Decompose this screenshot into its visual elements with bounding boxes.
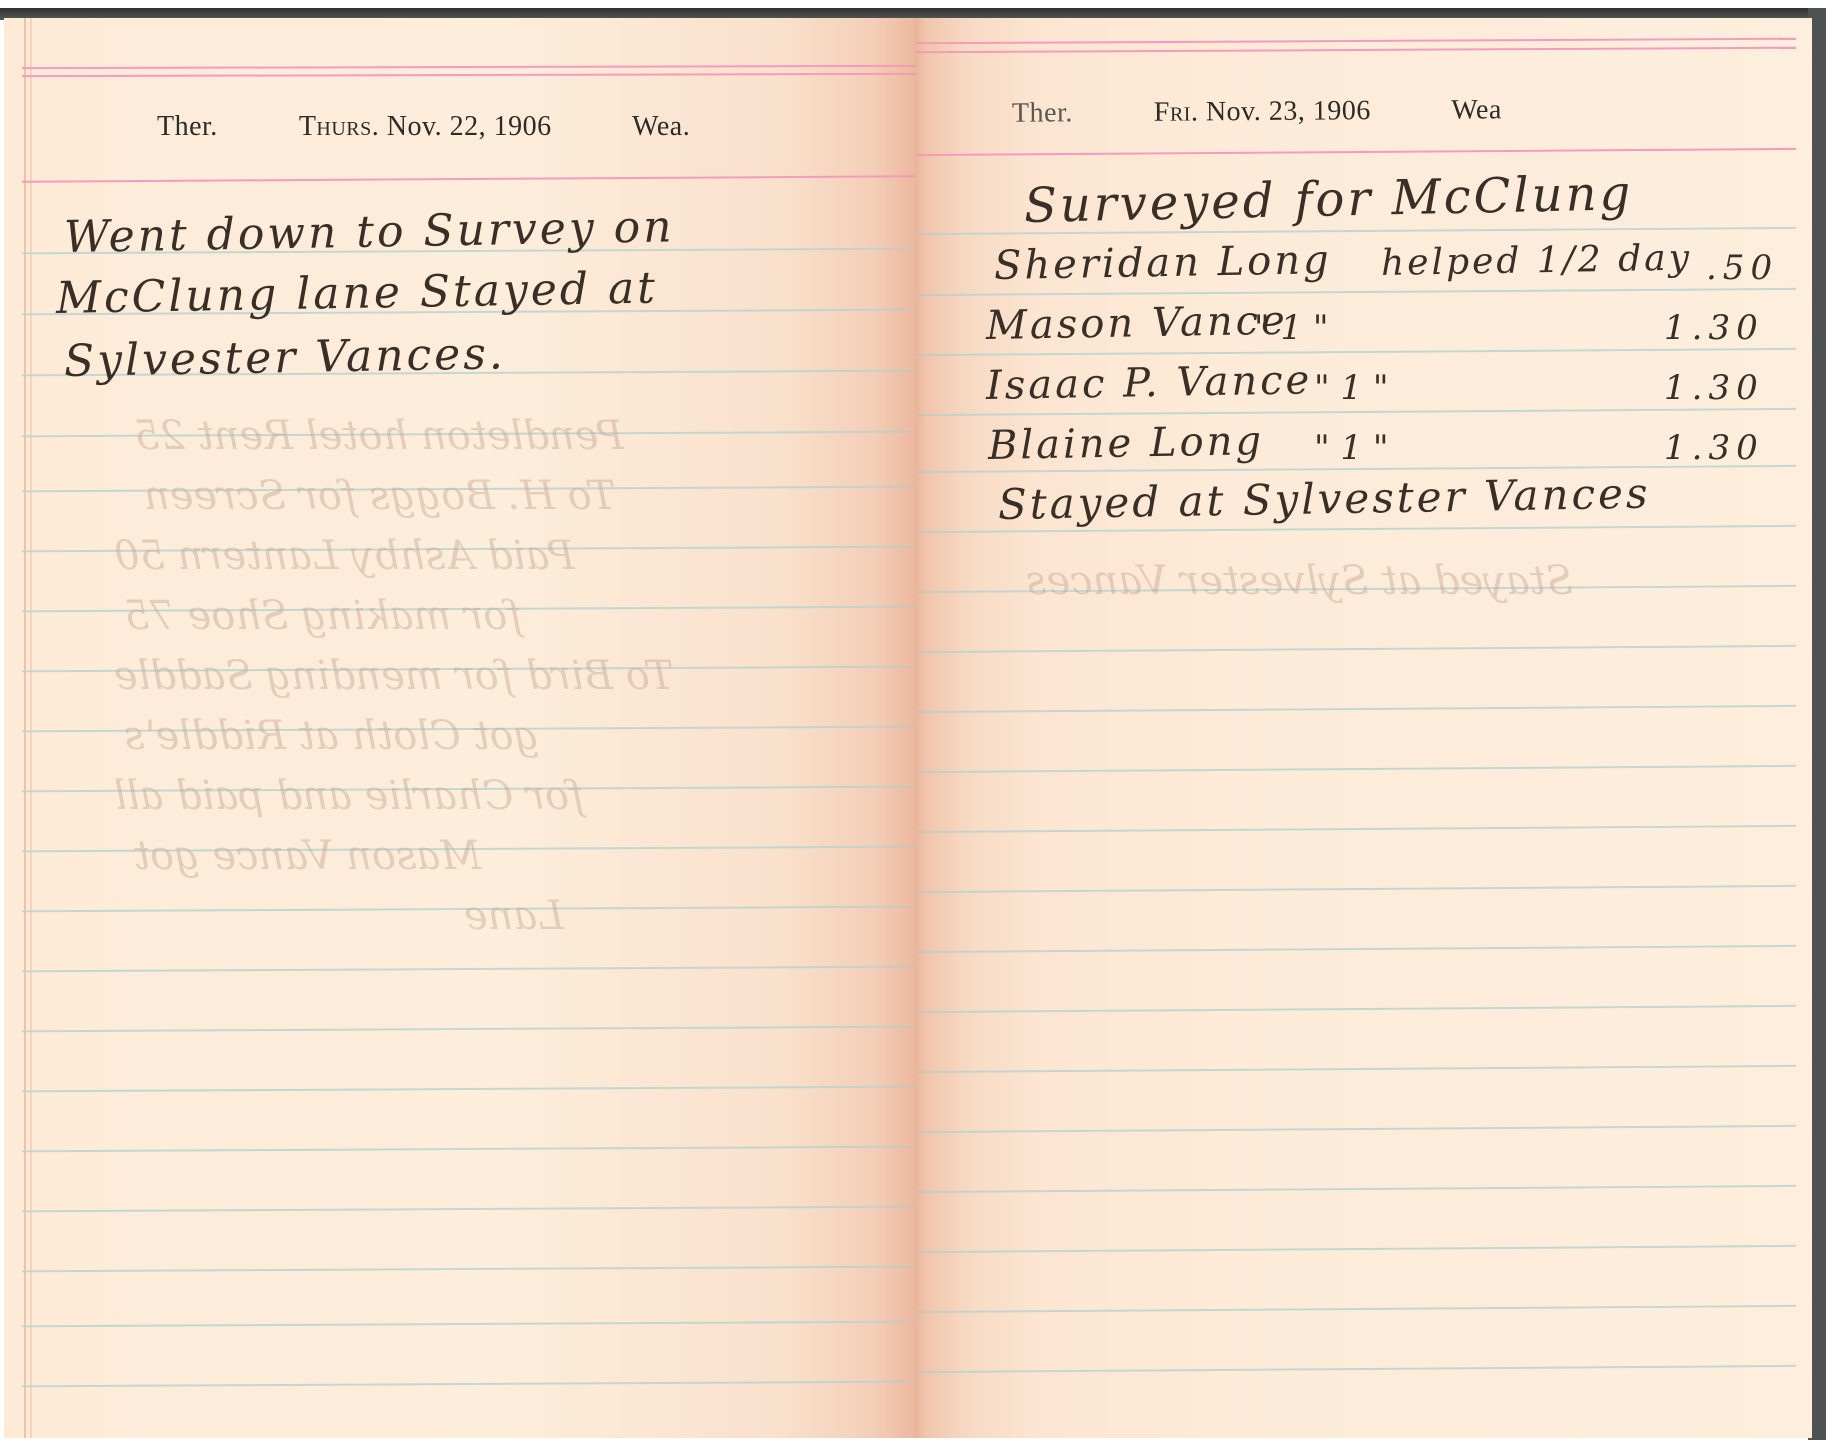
header-rule-top-double <box>22 73 916 77</box>
ruled-line <box>22 1266 916 1273</box>
ledger-name: Isaac P. Vance <box>986 357 1313 409</box>
bleed-through-text: for Charlie and paid all <box>114 773 584 819</box>
ruled-line <box>22 1206 916 1213</box>
ledger-name: Blaine Long <box>988 418 1265 469</box>
ledger-amount: 1.30 <box>1664 368 1764 408</box>
bleed-through-text: Mason Vance got <box>134 833 481 879</box>
ruled-line <box>22 1321 916 1328</box>
ruled-line <box>916 885 1796 893</box>
entry-line-2: McClung lane Stayed at <box>56 262 659 323</box>
wea-label: Wea <box>1451 94 1502 125</box>
ledger-note: " 1 " <box>1254 308 1329 348</box>
date-label: Nov. 22, 1906 <box>387 111 552 142</box>
entry-line-3: Sylvester Vances. <box>64 328 507 387</box>
right-page: Ther. Fri. Nov. 23, 1906 Wea Stayed at S… <box>916 18 1812 1438</box>
bleed-through-text: for making Shoe 75 <box>124 593 522 639</box>
ledger-note: helped 1/2 day <box>1381 238 1693 284</box>
header-rule-top-double <box>916 47 1796 54</box>
header-rule-bottom <box>916 148 1796 156</box>
wea-label: Wea. <box>632 111 690 142</box>
ruled-line <box>22 1026 916 1033</box>
left-page: Ther. Thurs. Nov. 22, 1906 Wea. Pendleto… <box>4 18 916 1438</box>
ledger-note: " 1 " <box>1314 368 1389 408</box>
ruled-line <box>916 1185 1796 1193</box>
bleed-through-text: Pendleton hotel Rent 25 <box>134 413 624 459</box>
diary-spread: Ther. Thurs. Nov. 22, 1906 Wea. Pendleto… <box>4 18 1810 1438</box>
ruled-line <box>916 1125 1796 1133</box>
header-rule-bottom <box>22 175 916 182</box>
ther-label: Ther. <box>157 111 218 142</box>
entry-closing-line: Stayed at Sylvester Vances <box>998 469 1651 529</box>
ruled-line <box>916 1065 1796 1073</box>
ruled-line <box>22 1086 916 1093</box>
bleed-through-text: To H. Boggs for Screen <box>144 473 615 519</box>
book-gutter <box>872 18 962 1438</box>
ruled-line <box>916 1245 1796 1253</box>
bleed-through-text: To Bird for mending Saddle <box>114 653 674 699</box>
ruled-line <box>916 1365 1796 1373</box>
entry-line-1: Went down to Survey on <box>64 201 675 263</box>
ruled-line <box>22 1146 916 1153</box>
ruled-line <box>916 1005 1796 1013</box>
ruled-line <box>916 1305 1796 1313</box>
ruled-line <box>916 408 1796 416</box>
bleed-through-text: got Cloth at Riddle's <box>124 713 539 759</box>
ruled-line <box>916 945 1796 953</box>
ledger-name: Sheridan Long <box>994 237 1332 289</box>
ledger-amount: 1.30 <box>1664 428 1764 468</box>
left-margin-line <box>24 18 26 1438</box>
entry-title-line: Surveyed for McClung <box>1023 165 1633 234</box>
ruled-line <box>22 1381 916 1388</box>
day-label: Thurs. <box>299 111 379 142</box>
right-page-header: Ther. Fri. Nov. 23, 1906 Wea <box>1012 94 1502 129</box>
ruled-line <box>22 966 916 973</box>
ruled-line <box>916 348 1796 356</box>
bleed-through-text: Lane <box>464 893 564 939</box>
ruled-line <box>916 288 1796 296</box>
ledger-amount: 1.30 <box>1664 308 1764 348</box>
ther-label: Ther. <box>1012 97 1073 128</box>
ledger-name: Mason Vance <box>986 298 1289 349</box>
left-page-header: Ther. Thurs. Nov. 22, 1906 Wea. <box>157 111 690 143</box>
ruled-line <box>916 825 1796 833</box>
ledger-note: " 1 " <box>1314 428 1389 468</box>
bleed-through-text: Paid Ashby Lantern 50 <box>114 533 575 579</box>
day-label: Fri. <box>1154 96 1199 127</box>
ruled-line <box>916 705 1796 713</box>
date-label: Nov. 23, 1906 <box>1206 95 1371 127</box>
ledger-amount: .50 <box>1706 248 1778 288</box>
header-rule-top <box>916 38 1796 45</box>
header-rule-top <box>22 65 916 69</box>
ruled-line <box>916 765 1796 773</box>
left-margin-line-secondary <box>30 18 32 1438</box>
ruled-line <box>916 645 1796 653</box>
bleed-through-text: Stayed at Sylvester Vances <box>1026 558 1573 604</box>
